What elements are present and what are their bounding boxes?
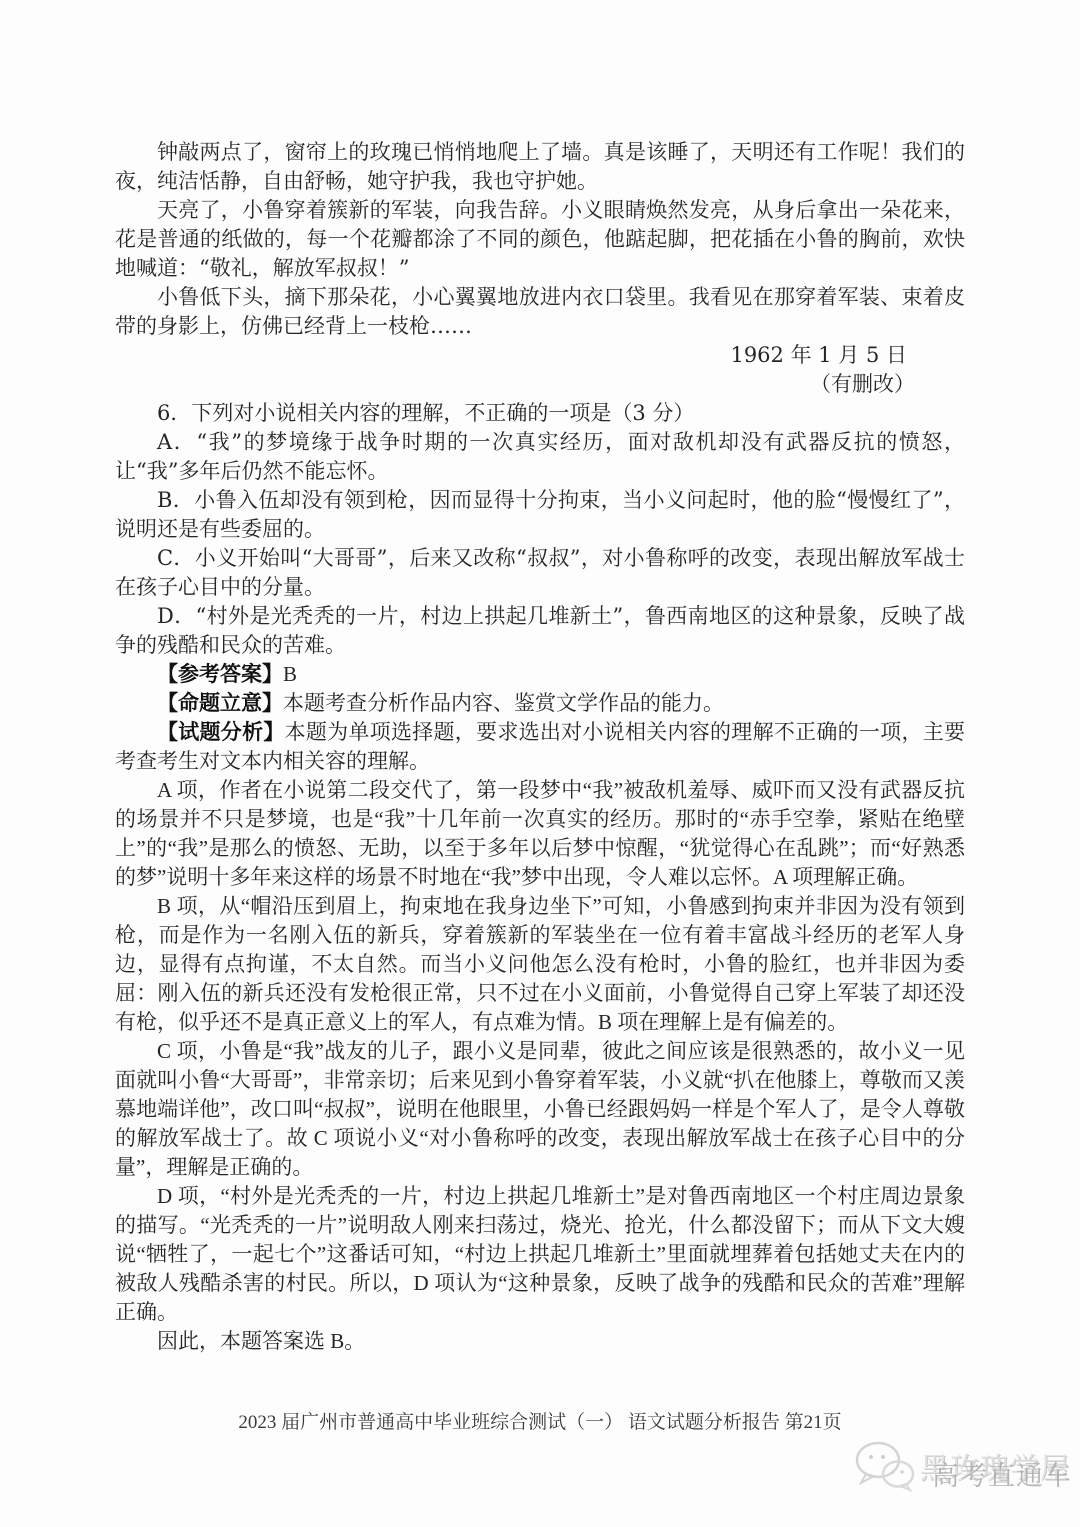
watermark: 黑玫瑰学屋 高考直通车 (854, 1435, 1072, 1499)
page-footer: 2023 届广州市普通高中毕业班综合测试（一） 语文试题分析报告 第21页 (115, 1410, 965, 1436)
wechat-icon (854, 1439, 916, 1497)
story-paragraph-2: 天亮了，小鲁穿着簇新的军装，向我告辞。小义眼睛焕然发亮，从身后拿出一朵花来，花是… (115, 196, 965, 283)
story-date-line: 1962 年 1 月 5 日 (115, 341, 965, 370)
document-page: 钟敲两点了，窗帘上的玫瑰已悄悄地爬上了墙。真是该睡了，天明还有工作呢！我们的夜，… (0, 0, 1080, 1527)
analysis-intro-line: 【试题分析】本题为单项选择题，要求选出对小说相关内容的理解不正确的一项，主要考查… (115, 718, 965, 776)
analysis-label: 【试题分析】 (157, 720, 285, 744)
question-option-a: A．“我”的梦境缘于战争时期的一次真实经历，面对敌机却没有武器反抗的愤怒，让“我… (115, 428, 965, 486)
story-paragraph-3: 小鲁低下头，摘下那朵花，小心翼翼地放进内衣口袋里。我看见在那穿着军装、束着皮带的… (115, 283, 965, 341)
reference-answer-value: B (283, 662, 297, 686)
reference-answer-label: 【参考答案】 (157, 662, 283, 686)
question-intent-label: 【命题立意】 (157, 691, 283, 715)
page-content: 钟敲两点了，窗帘上的玫瑰已悄悄地爬上了墙。真是该睡了，天明还有工作呢！我们的夜，… (115, 138, 965, 1356)
question-intent-line: 【命题立意】本题考查分析作品内容、鉴赏文学作品的能力。 (115, 689, 965, 718)
story-source-note: （有删改） (115, 370, 965, 399)
watermark-text-back: 黑玫瑰学屋 (920, 1446, 1070, 1487)
story-paragraph-1: 钟敲两点了，窗帘上的玫瑰已悄悄地爬上了墙。真是该睡了，天明还有工作呢！我们的夜，… (115, 138, 965, 196)
watermark-text-front: 高考直通车 (932, 1454, 1072, 1493)
analysis-item-b: B 项，从“帽沿压到眉上，拘束地在我身边坐下”可知，小鲁感到拘束并非因为没有领到… (115, 892, 965, 1037)
analysis-item-a: A 项，作者在小说第二段交代了，第一段梦中“我”被敌机羞辱、威吓而又没有武器反抗… (115, 776, 965, 892)
analysis-conclusion: 因此，本题答案选 B。 (115, 1327, 965, 1356)
reference-answer-line: 【参考答案】B (115, 660, 965, 689)
question-stem: 6．下列对小说相关内容的理解，不正确的一项是（3 分） (115, 399, 965, 428)
question-option-c: C．小义开始叫“大哥哥”，后来又改称“叔叔”，对小鲁称呼的改变，表现出解放军战士… (115, 544, 965, 602)
question-intent-text: 本题考查分析作品内容、鉴赏文学作品的能力。 (283, 691, 724, 715)
question-option-d: D．“村外是光秃秃的一片，村边上拱起几堆新土”，鲁西南地区的这种景象，反映了战争… (115, 602, 965, 660)
analysis-item-d: D 项，“村外是光秃秃的一片，村边上拱起几堆新土”是对鲁西南地区一个村庄周边景象… (115, 1182, 965, 1327)
analysis-item-c: C 项，小鲁是“我”战友的儿子，跟小义是同辈，彼此之间应该是很熟悉的，故小义一见… (115, 1037, 965, 1182)
question-option-b: B．小鲁入伍却没有领到枪，因而显得十分拘束，当小义问起时，他的脸“慢慢红了”，说… (115, 486, 965, 544)
